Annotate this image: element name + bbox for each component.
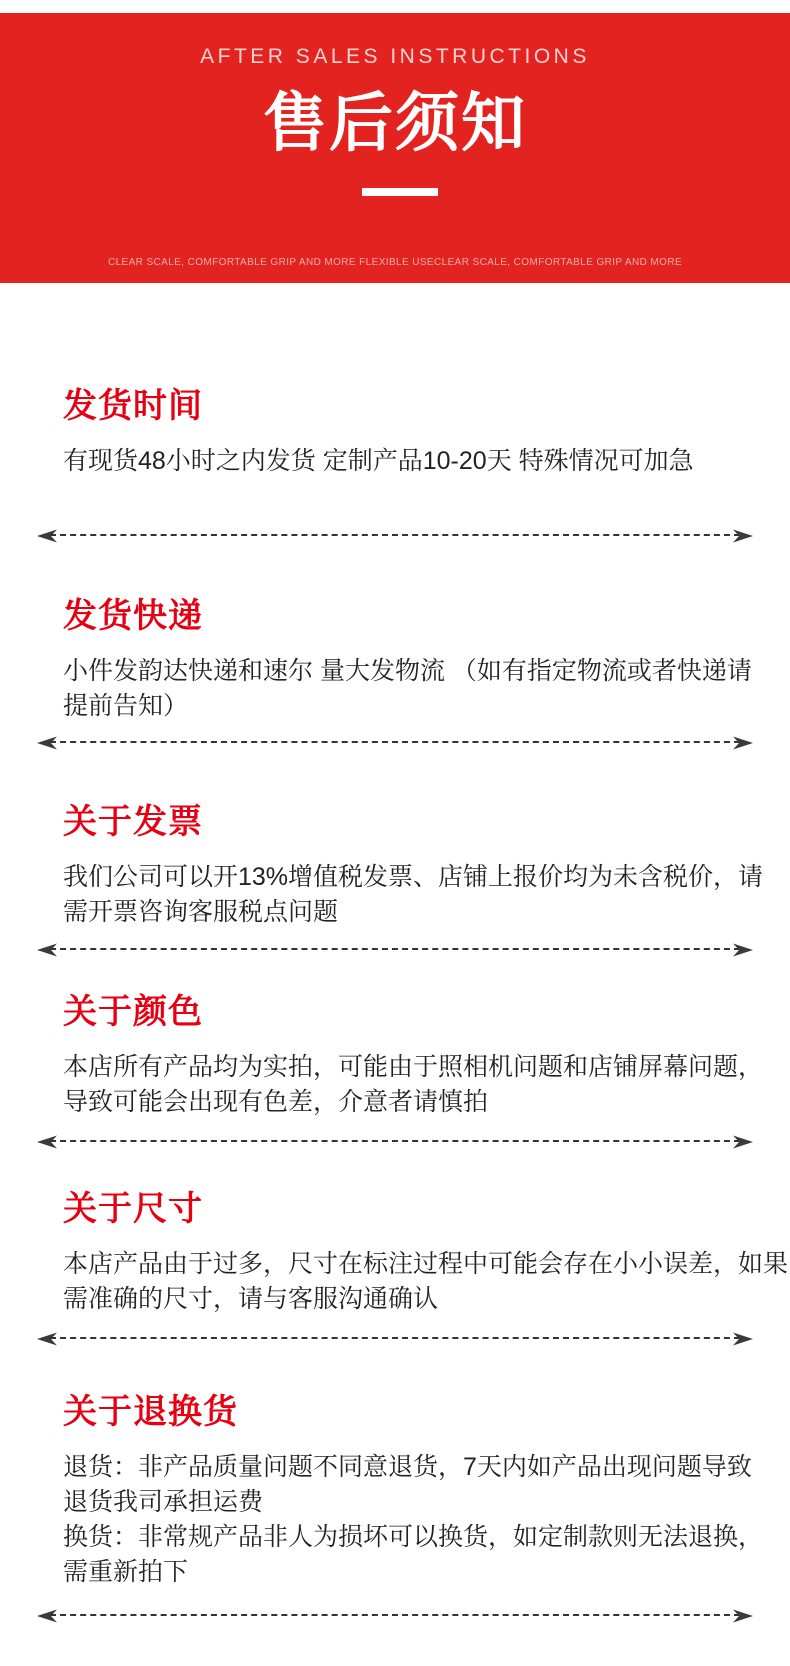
arrow-right-icon	[732, 1609, 754, 1623]
divider-arrow	[36, 943, 754, 957]
section-size: 关于尺寸 本店产品由于过多，尺寸在标注过程中可能会存在小小误差，如果 需准确的尺…	[63, 1189, 750, 1317]
arrow-left-icon	[36, 529, 58, 543]
arrow-left-icon	[36, 1609, 58, 1623]
header-banner: AFTER SALES INSTRUCTIONS 售后须知 CLEAR SCAL…	[0, 13, 790, 283]
arrow-right-icon	[732, 529, 754, 543]
arrow-left-icon	[36, 1135, 58, 1149]
dashed-line	[50, 534, 740, 536]
arrow-right-icon	[732, 736, 754, 750]
header-tagline-line1: CLEAR SCALE, COMFORTABLE GRIP AND MORE F…	[0, 255, 790, 270]
section-body: 退货：非产品质量问题不同意退货，7天内如产品出现问题导致 退货我司承担运费 换货…	[63, 1450, 750, 1590]
body-line: 有现货48小时之内发货 定制产品10-20天 特殊情况可加急	[63, 444, 750, 479]
section-title: 关于退换货	[63, 1392, 750, 1432]
arrow-left-icon	[36, 736, 58, 750]
section-color: 关于颜色 本店所有产品均为实拍，可能由于照相机问题和店铺屏幕问题， 导致可能会出…	[63, 992, 750, 1120]
divider-arrow	[36, 1135, 754, 1149]
section-shipping-time: 发货时间 有现货48小时之内发货 定制产品10-20天 特殊情况可加急	[63, 386, 750, 479]
section-body: 有现货48小时之内发货 定制产品10-20天 特殊情况可加急	[63, 444, 750, 479]
page-title: 售后须知	[0, 83, 790, 163]
section-invoice: 关于发票 我们公司可以开13%增值税发票、店铺上报价均为未含税价，请 需开票咨询…	[63, 802, 750, 930]
body-line: 需准确的尺寸，请与客服沟通确认	[63, 1282, 750, 1317]
after-sales-page: AFTER SALES INSTRUCTIONS 售后须知 CLEAR SCAL…	[0, 0, 790, 1666]
section-body: 本店所有产品均为实拍，可能由于照相机问题和店铺屏幕问题， 导致可能会出现有色差，…	[63, 1050, 750, 1120]
body-line: 需重新拍下	[63, 1555, 750, 1590]
dashed-line	[50, 1140, 740, 1142]
arrow-right-icon	[732, 943, 754, 957]
section-title: 发货快递	[63, 596, 750, 636]
section-returns: 关于退换货 退货：非产品质量问题不同意退货，7天内如产品出现问题导致 退货我司承…	[63, 1392, 750, 1590]
dashed-line	[50, 741, 740, 743]
arrow-left-icon	[36, 1332, 58, 1346]
dashed-line	[50, 948, 740, 950]
divider-arrow	[36, 529, 754, 543]
header-eyebrow: AFTER SALES INSTRUCTIONS	[0, 46, 790, 68]
section-body: 我们公司可以开13%增值税发票、店铺上报价均为未含税价，请 需开票咨询客服税点问…	[63, 860, 750, 930]
arrow-left-icon	[36, 943, 58, 957]
body-line: 需开票咨询客服税点问题	[63, 895, 750, 930]
section-title: 发货时间	[63, 386, 750, 426]
body-line: 我们公司可以开13%增值税发票、店铺上报价均为未含税价，请	[63, 860, 750, 895]
body-line: 退货：非产品质量问题不同意退货，7天内如产品出现问题导致	[63, 1450, 750, 1485]
section-title: 关于尺寸	[63, 1189, 750, 1229]
section-body: 小件发韵达快递和速尔 量大发物流 （如有指定物流或者快递请 提前告知）	[63, 654, 750, 724]
body-line: 退货我司承担运费	[63, 1485, 750, 1520]
body-line: 换货：非常规产品非人为损坏可以换货，如定制款则无法退换，	[63, 1520, 750, 1555]
divider-arrow	[36, 1609, 754, 1623]
section-title: 关于发票	[63, 802, 750, 842]
arrow-right-icon	[732, 1135, 754, 1149]
header-tagline-line2: FLEXIBLE USELEAR SCALE, COMFORTABLE GRIP…	[0, 300, 790, 315]
dashed-line	[50, 1614, 740, 1616]
section-title: 关于颜色	[63, 992, 750, 1032]
dashed-line	[50, 1337, 740, 1339]
body-line: 本店所有产品均为实拍，可能由于照相机问题和店铺屏幕问题，	[63, 1050, 750, 1085]
body-line: 本店产品由于过多，尺寸在标注过程中可能会存在小小误差，如果	[63, 1247, 750, 1282]
divider-arrow	[36, 736, 754, 750]
body-line: 导致可能会出现有色差，介意者请慎拍	[63, 1085, 750, 1120]
body-line: 提前告知）	[63, 689, 750, 724]
title-underline-bar	[362, 188, 438, 196]
arrow-right-icon	[732, 1332, 754, 1346]
divider-arrow	[36, 1332, 754, 1346]
body-line: 小件发韵达快递和速尔 量大发物流 （如有指定物流或者快递请	[63, 654, 750, 689]
section-shipping-courier: 发货快递 小件发韵达快递和速尔 量大发物流 （如有指定物流或者快递请 提前告知）	[63, 596, 750, 724]
section-body: 本店产品由于过多，尺寸在标注过程中可能会存在小小误差，如果 需准确的尺寸，请与客…	[63, 1247, 750, 1317]
header-tagline: CLEAR SCALE, COMFORTABLE GRIP AND MORE F…	[0, 225, 790, 345]
